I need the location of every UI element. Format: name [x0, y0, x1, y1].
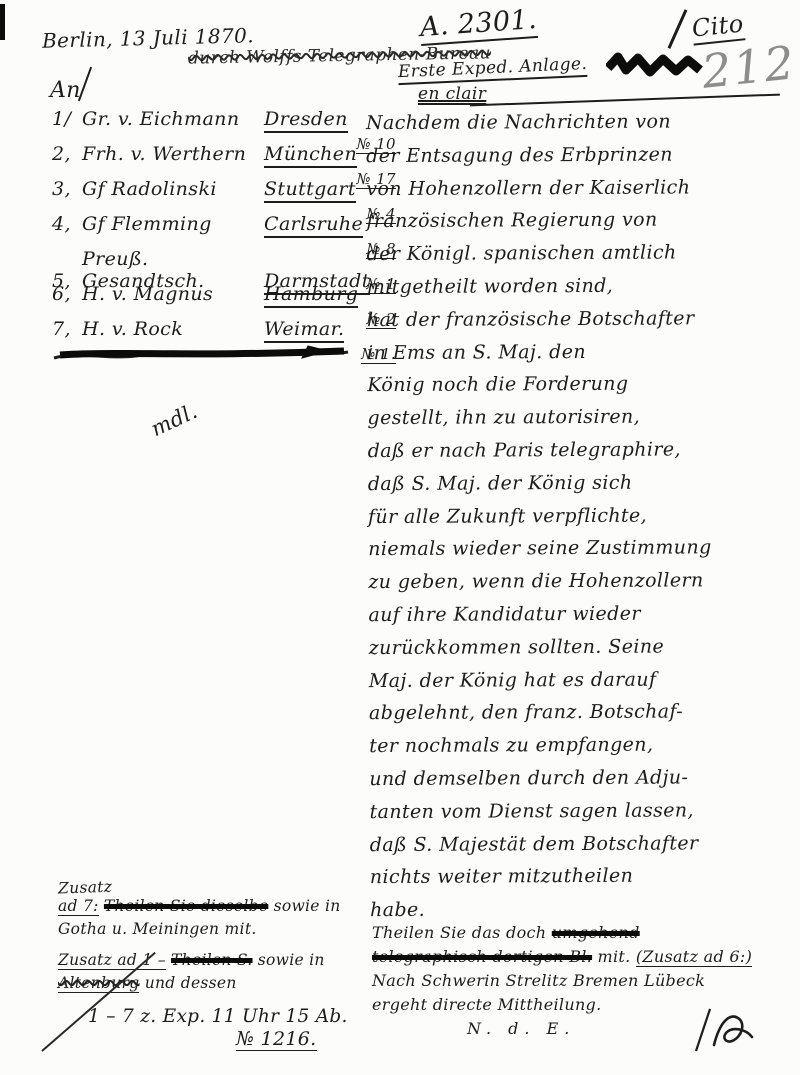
recipient-city: Weimar. [264, 318, 344, 343]
dispatch-text-line: ter nochmals zu empfangen, [369, 728, 789, 763]
registry-number-text: № 1216. [236, 1028, 317, 1051]
recipient-index: 6, [52, 283, 82, 305]
recipient-index: 4, [52, 213, 82, 235]
recipient-index: 2, [52, 143, 82, 165]
closing-line: telegraphisch dortigen Bl. mit. (Zusatz … [372, 945, 792, 969]
dispatch-text-line: und demselben durch den Adju- [369, 761, 789, 796]
recipient-name: Gf Flemming [82, 213, 264, 235]
manuscript-page: { "page": { "background": "#fcfcfa", "in… [0, 0, 800, 1075]
dispatch-text-line: der Königl. spanischen amtlich [367, 236, 787, 271]
scan-blemish [0, 4, 5, 40]
ink-blot [606, 52, 706, 80]
recipient-city: Dresden [264, 108, 348, 133]
recipient-city: Hamburg [264, 283, 358, 308]
zusatz-ad1-text2: und dessen [145, 974, 237, 992]
recipient-city: Stuttgart [264, 178, 356, 203]
dispatch-text-line: niemals wieder seine Zustimmung [368, 531, 788, 566]
dispatch-text-line: Nachdem die Nachrichten von [366, 105, 786, 140]
closing-text: Theilen Sie das doch [372, 923, 546, 942]
recipient-city: Carlsruhe [264, 213, 363, 238]
recipient-row: 5,Preuß. Gesandtsch.Darmstadt № 1 [52, 248, 382, 283]
recipient-row: 1/Gr. v. EichmannDresden № 10 [52, 108, 382, 143]
recipient-name: Gr. v. Eichmann [82, 108, 264, 130]
zusatz-ad1-struck: Theilen S. [171, 951, 252, 969]
zusatz-ad1-text: sowie in [258, 951, 325, 969]
struck-recipient-row [52, 342, 352, 368]
recipient-name: Frh. v. Werthern [82, 143, 264, 165]
dispatch-text-line: nichts weiter mitzutheilen [370, 859, 790, 894]
zusatz-ad7-struck: Theilen Sie dieselbe [104, 897, 268, 915]
footnotes-block: Zusatz ad 7: Theilen Sie dieselbe sowie … [58, 872, 373, 1051]
recipient-index: 1/ [52, 108, 82, 130]
dispatch-time-note: 1 – 7 z. Exp. 11 Uhr 15 Ab. [58, 1005, 373, 1028]
closing-line: Nach Schwerin Strelitz Bremen Lübeck [372, 969, 792, 993]
recipient-name: H. v. Magnus [82, 283, 264, 305]
dispatch-text-line: französischen Regierung von [366, 203, 786, 238]
recipient-city: München [264, 143, 357, 168]
recipient-row: 3,Gf RadolinskiStuttgart № 4 [52, 178, 382, 213]
recipient-row: 2,Frh. v. WerthernMünchen № 17 [52, 143, 382, 178]
recipient-list: 1/Gr. v. EichmannDresden № 10 2,Frh. v. … [52, 108, 382, 353]
zusatz-ad1-label: Zusatz ad 1 – [58, 951, 166, 970]
folio-number: 212 [699, 35, 798, 99]
journal-number: A. 2301. [419, 4, 538, 46]
dispatch-text-line: von Hohenzollern der Kaiserlich [366, 170, 786, 205]
dispatch-text-line: daß er nach Paris telegraphire, [368, 433, 788, 468]
recipient-row: 4,Gf FlemmingCarlsruhe № 8 [52, 213, 382, 248]
dispatch-text-line: zurückkommen sollten. Seine [369, 630, 789, 665]
dispatch-text-line: daß S. Maj. der König sich [368, 466, 788, 501]
closing-text: mit. [597, 947, 630, 966]
recipient-index: 3, [52, 178, 82, 200]
dispatch-text-line: für alle Zukunft verpflichte, [368, 498, 788, 533]
address-word: An [50, 78, 81, 103]
dispatch-text: Nachdem die Nachrichten vonder Entsagung… [366, 105, 790, 927]
dispatch-text-line: abgelehnt, den franz. Botschaf- [369, 695, 789, 730]
dispatch-text-line: hat der französische Botschafter [367, 302, 787, 337]
dispatch-text-line: Maj. der König hat es darauf [369, 662, 789, 697]
closing-struck-text: telegraphisch dortigen Bl. [372, 947, 592, 966]
zusatz-reference: (Zusatz ad 6:) [636, 947, 752, 967]
dispatch-text-line: gestellt, ihn zu autorisiren, [367, 400, 787, 435]
recipient-index: 7, [52, 318, 82, 340]
recipient-name: Gf Radolinski [82, 178, 264, 200]
closing-line: Theilen Sie das doch umgehend [372, 921, 792, 945]
registry-number: № 1216. [58, 1028, 373, 1051]
dispatch-text-line: auf ihre Kandidatur wieder [368, 597, 788, 632]
dispatch-text-line: in Ems an S. Maj. den [367, 334, 787, 369]
zusatz-ad1-line: Zusatz ad 1 – Theilen S. sowie in [58, 949, 373, 972]
dispatch-text-line: mitgetheilt worden sind, [367, 269, 787, 304]
bismarck-paraph [690, 1005, 760, 1055]
zusatz-ad1-line2: Altenburg und dessen [58, 972, 373, 995]
recipient-row: 6,H. v. MagnusHamburg № 2 [52, 283, 382, 318]
dispatch-text-line: zu geben, wenn die Hohenzollern [368, 564, 788, 599]
cipher-note: en clair [418, 84, 486, 104]
margin-note: mdl. [147, 399, 201, 441]
recipient-name: H. v. Rock [82, 318, 264, 340]
zusatz-ad7-text: sowie in [274, 897, 341, 915]
closing-struck-text: umgehend [552, 923, 640, 942]
dispatch-text-line: daß S. Majestät dem Botschafter [370, 826, 790, 861]
dispatch-text-line: tanten vom Dienst sagen lassen, [369, 794, 789, 829]
dispatch-text-line: der Entsagung des Erbprinzen [366, 138, 786, 173]
cito-slash-stroke [668, 9, 687, 48]
zusatz-ad7-line2: Gotha u. Meiningen mit. [58, 918, 373, 941]
dispatch-text-line: König noch die Forderung [367, 367, 787, 402]
